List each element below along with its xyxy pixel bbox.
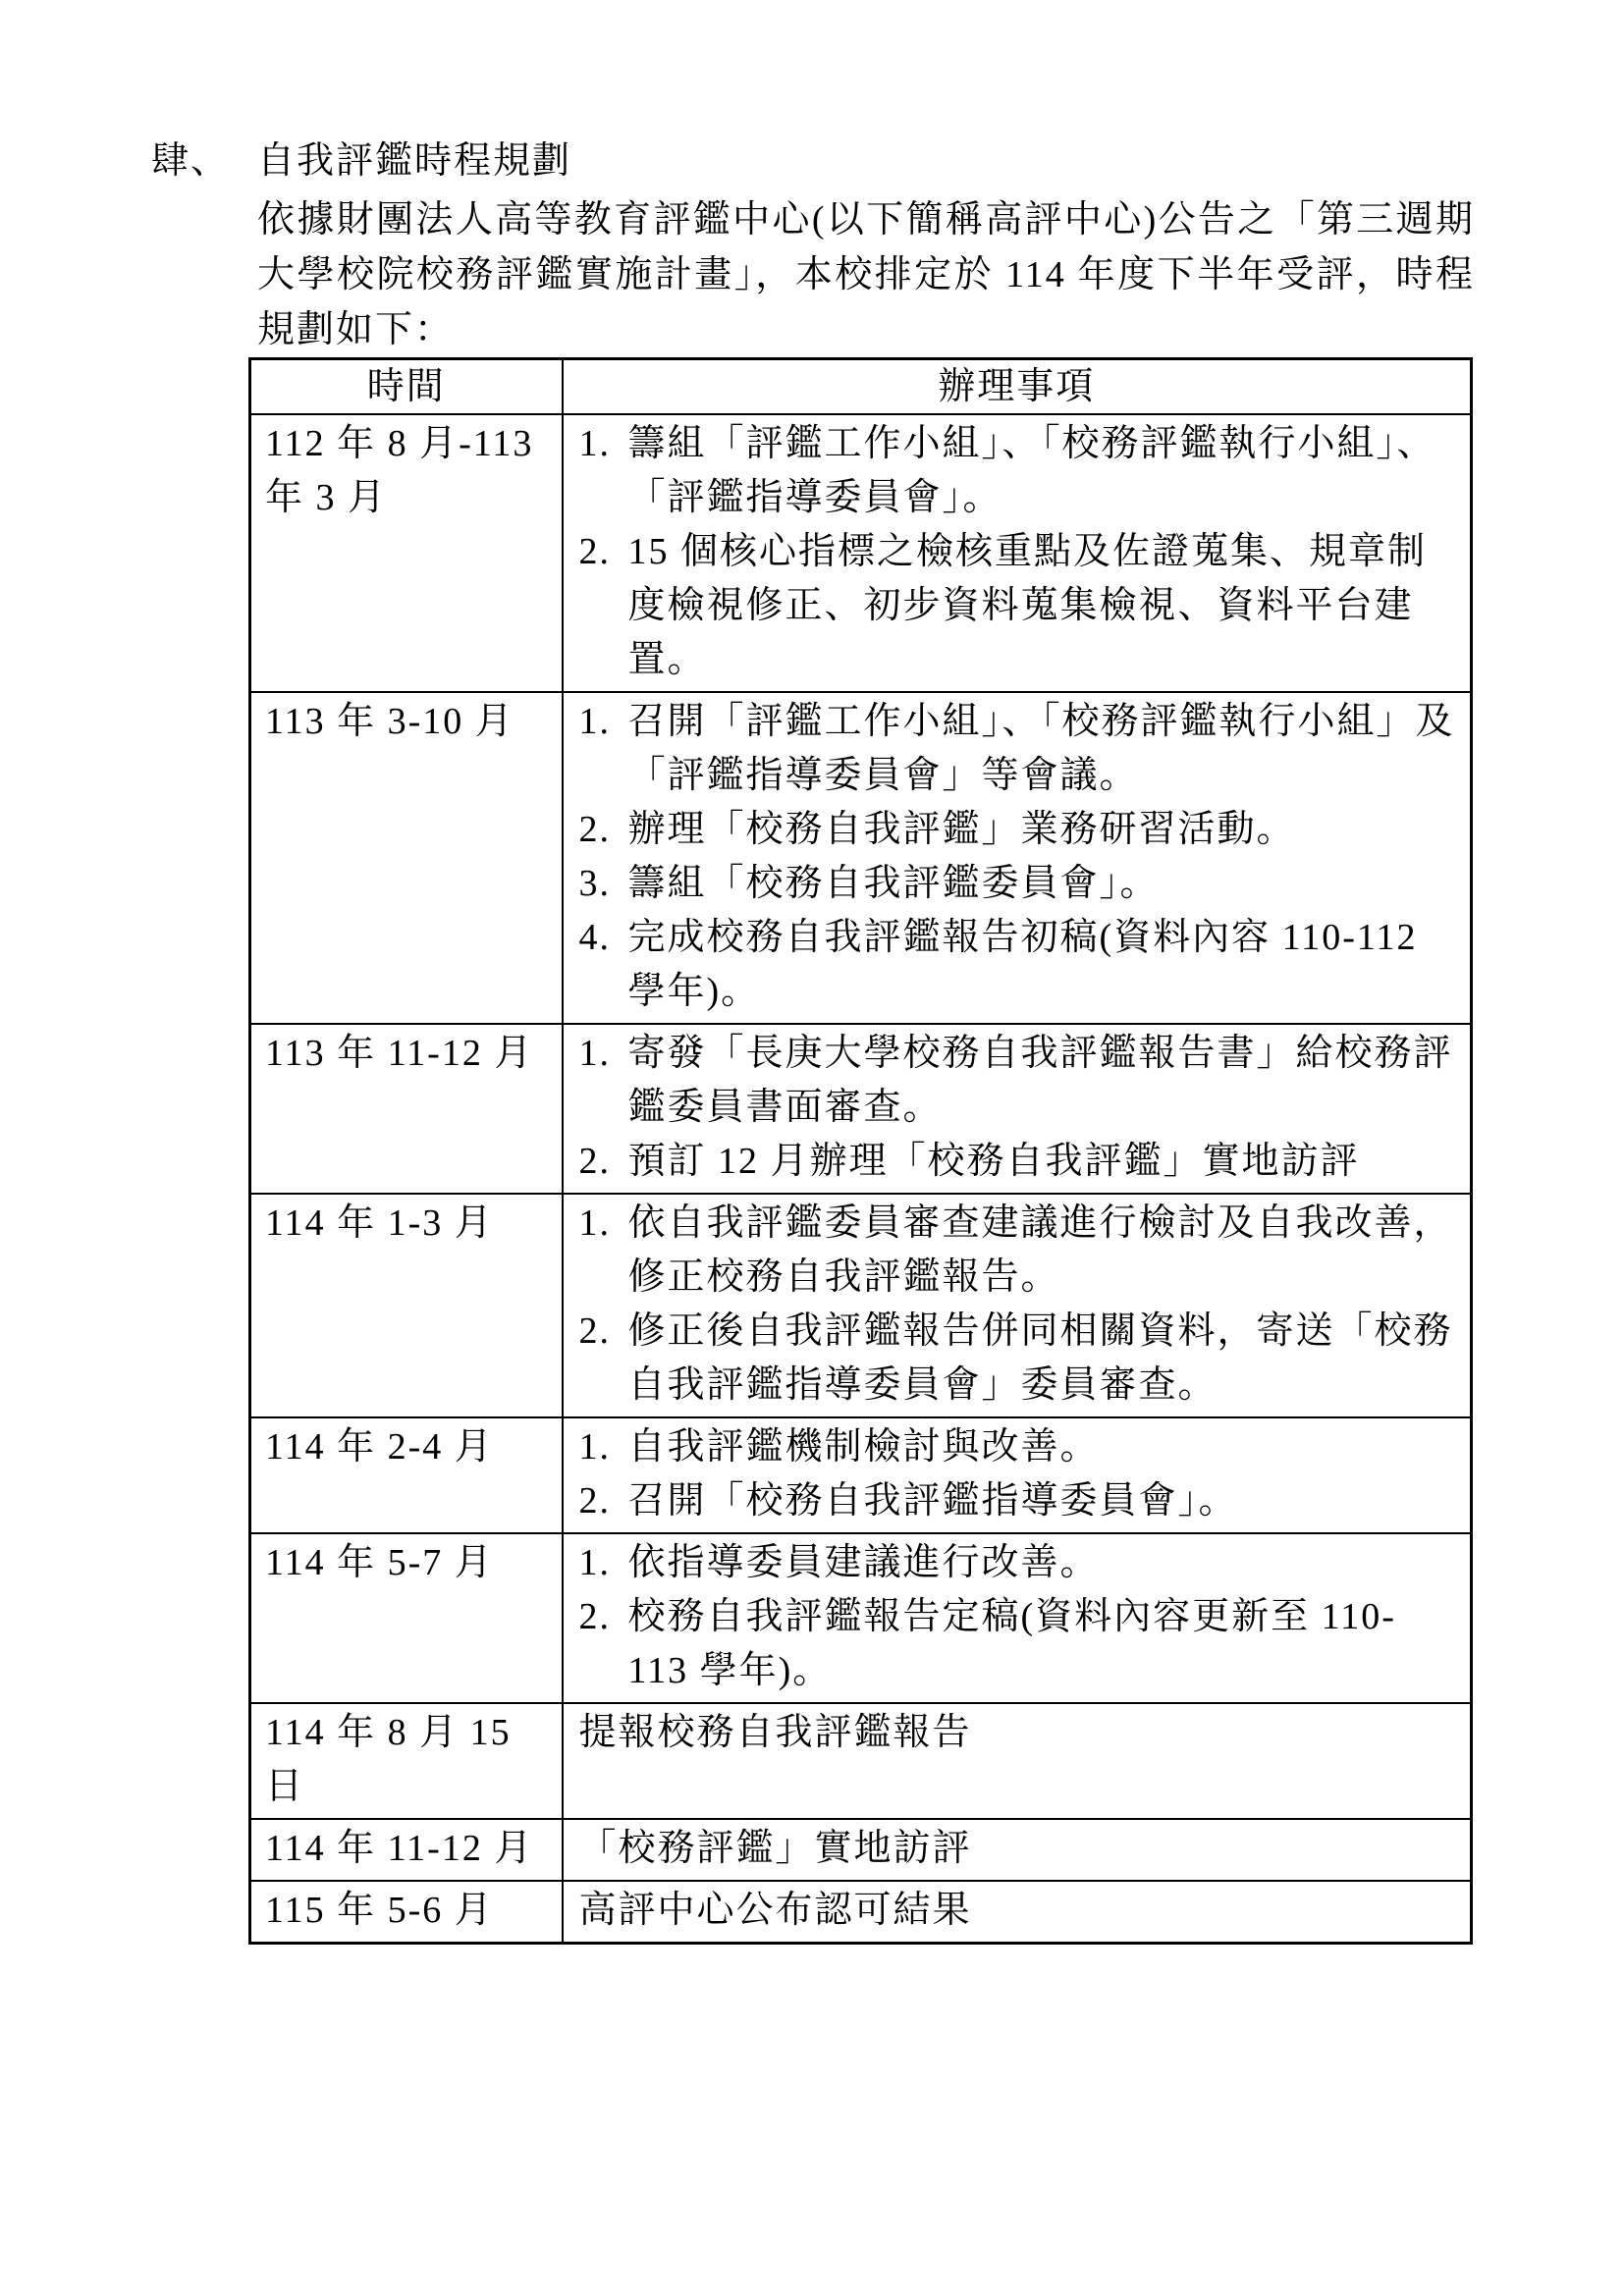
section-heading: 肆、自我評鑑時程規劃 <box>151 133 1475 188</box>
column-header-time: 時間 <box>250 359 563 415</box>
task-item-text: 召開「評鑑工作小組」、「校務評鑑執行小組」及「評鑑指導委員會」等會議。 <box>628 695 1457 803</box>
time-cell: 114 年 2-4 月 <box>250 1417 563 1533</box>
table-row: 115 年 5-6 月高評中心公布認可結果 <box>250 1881 1472 1944</box>
task-item: 3.籌組「校務自我評鑑委員會」。 <box>579 857 1457 911</box>
task-cell: 1.召開「評鑑工作小組」、「校務評鑑執行小組」及「評鑑指導委員會」等會議。2.辦… <box>563 692 1472 1024</box>
task-item: 4.完成校務自我評鑑報告初稿(資料內容 110-112 學年)。 <box>579 911 1457 1019</box>
task-item: 2.辦理「校務自我評鑑」業務研習活動。 <box>579 803 1457 857</box>
table-row: 114 年 2-4 月1.自我評鑑機制檢討與改善。2.召開「校務自我評鑑指導委員… <box>250 1417 1472 1533</box>
task-item-text: 「校務評鑑」實地訪評 <box>579 1822 1457 1876</box>
intro-paragraph: 依據財團法人高等教育評鑑中心(以下簡稱高評中心)公告之「第三週期大學校院校務評鑑… <box>257 192 1475 357</box>
time-cell: 114 年 8 月 15 日 <box>250 1703 563 1819</box>
task-item-number: 3. <box>579 857 628 911</box>
task-item: 2.預訂 12 月辦理「校務自我評鑑」實地訪評 <box>579 1135 1457 1189</box>
task-item-text: 依指導委員建議進行改善。 <box>628 1536 1457 1590</box>
task-item-text: 寄發「長庚大學校務自我評鑑報告書」給校務評鑑委員書面審查。 <box>628 1027 1457 1135</box>
task-item-text: 籌組「校務自我評鑑委員會」。 <box>628 857 1457 911</box>
task-item-number: 2. <box>579 1135 628 1189</box>
task-item-number: 2. <box>579 1305 628 1359</box>
section-title: 自我評鑑時程規劃 <box>257 140 571 182</box>
task-item-number: 1. <box>579 1197 628 1251</box>
column-header-tasks: 辦理事項 <box>563 359 1472 415</box>
schedule-table-body: 112 年 8 月-113 年 3 月1.籌組「評鑑工作小組」、「校務評鑑執行小… <box>250 414 1472 1944</box>
task-cell: 1.依自我評鑑委員審查建議進行檢討及自我改善，修正校務自我評鑑報告。2.修正後自… <box>563 1194 1472 1417</box>
task-item-text: 依自我評鑑委員審查建議進行檢討及自我改善，修正校務自我評鑑報告。 <box>628 1197 1457 1305</box>
task-item: 「校務評鑑」實地訪評 <box>579 1822 1457 1876</box>
time-cell: 115 年 5-6 月 <box>250 1881 563 1944</box>
task-item-text: 召開「校務自我評鑑指導委員會」。 <box>628 1474 1457 1528</box>
time-cell: 112 年 8 月-113 年 3 月 <box>250 414 563 692</box>
task-item-number: 1. <box>579 695 628 749</box>
task-item-number: 4. <box>579 911 628 965</box>
table-row: 114 年 1-3 月1.依自我評鑑委員審查建議進行檢討及自我改善，修正校務自我… <box>250 1194 1472 1417</box>
time-cell: 114 年 1-3 月 <box>250 1194 563 1417</box>
task-cell: 1.依指導委員建議進行改善。2.校務自我評鑑報告定稿(資料內容更新至 110-1… <box>563 1533 1472 1703</box>
section-number: 肆、 <box>151 133 257 188</box>
task-item-number: 1. <box>579 1536 628 1590</box>
table-row: 114 年 11-12 月「校務評鑑」實地訪評 <box>250 1819 1472 1881</box>
task-item-text: 完成校務自我評鑑報告初稿(資料內容 110-112 學年)。 <box>628 911 1457 1019</box>
task-item: 2.校務自我評鑑報告定稿(資料內容更新至 110-113 學年)。 <box>579 1590 1457 1698</box>
task-item-number: 1. <box>579 1027 628 1081</box>
task-item: 1.寄發「長庚大學校務自我評鑑報告書」給校務評鑑委員書面審查。 <box>579 1027 1457 1135</box>
task-item-text: 提報校務自我評鑑報告 <box>579 1706 1457 1760</box>
task-item: 1.依自我評鑑委員審查建議進行檢討及自我改善，修正校務自我評鑑報告。 <box>579 1197 1457 1305</box>
task-item-text: 修正後自我評鑑報告併同相關資料，寄送「校務自我評鑑指導委員會」委員審查。 <box>628 1305 1457 1413</box>
task-item: 1.依指導委員建議進行改善。 <box>579 1536 1457 1590</box>
task-cell: 1.自我評鑑機制檢討與改善。2.召開「校務自我評鑑指導委員會」。 <box>563 1417 1472 1533</box>
task-item: 提報校務自我評鑑報告 <box>579 1706 1457 1760</box>
table-row: 113 年 3-10 月1.召開「評鑑工作小組」、「校務評鑑執行小組」及「評鑑指… <box>250 692 1472 1024</box>
task-item-text: 高評中心公布認可結果 <box>579 1884 1457 1938</box>
time-cell: 114 年 11-12 月 <box>250 1819 563 1881</box>
time-cell: 114 年 5-7 月 <box>250 1533 563 1703</box>
task-item-number: 2. <box>579 1590 628 1644</box>
task-item-text: 校務自我評鑑報告定稿(資料內容更新至 110-113 學年)。 <box>628 1590 1457 1698</box>
task-item: 2.修正後自我評鑑報告併同相關資料，寄送「校務自我評鑑指導委員會」委員審查。 <box>579 1305 1457 1413</box>
task-item-number: 2. <box>579 1474 628 1528</box>
task-item: 高評中心公布認可結果 <box>579 1884 1457 1938</box>
table-row: 113 年 11-12 月1.寄發「長庚大學校務自我評鑑報告書」給校務評鑑委員書… <box>250 1024 1472 1194</box>
table-row: 112 年 8 月-113 年 3 月1.籌組「評鑑工作小組」、「校務評鑑執行小… <box>250 414 1472 692</box>
task-cell: 提報校務自我評鑑報告 <box>563 1703 1472 1819</box>
task-cell: 1.籌組「評鑑工作小組」、「校務評鑑執行小組」、「評鑑指導委員會」。2.15 個… <box>563 414 1472 692</box>
table-row: 114 年 5-7 月1.依指導委員建議進行改善。2.校務自我評鑑報告定稿(資料… <box>250 1533 1472 1703</box>
task-item: 2.召開「校務自我評鑑指導委員會」。 <box>579 1474 1457 1528</box>
task-item-number: 1. <box>579 1420 628 1474</box>
task-item-number: 2. <box>579 803 628 857</box>
task-cell: 高評中心公布認可結果 <box>563 1881 1472 1944</box>
task-item-text: 籌組「評鑑工作小組」、「校務評鑑執行小組」、「評鑑指導委員會」。 <box>628 417 1457 525</box>
task-item-number: 2. <box>579 525 628 579</box>
task-cell: 「校務評鑑」實地訪評 <box>563 1819 1472 1881</box>
table-header-row: 時間 辦理事項 <box>250 359 1472 415</box>
task-item-text: 預訂 12 月辦理「校務自我評鑑」實地訪評 <box>628 1135 1457 1189</box>
document-page: 肆、自我評鑑時程規劃 依據財團法人高等教育評鑑中心(以下簡稱高評中心)公告之「第… <box>0 0 1624 2296</box>
task-item: 1.召開「評鑑工作小組」、「校務評鑑執行小組」及「評鑑指導委員會」等會議。 <box>579 695 1457 803</box>
task-item: 2.15 個核心指標之檢核重點及佐證蒐集、規章制度檢視修正、初步資料蒐集檢視、資… <box>579 525 1457 687</box>
task-item-text: 辦理「校務自我評鑑」業務研習活動。 <box>628 803 1457 857</box>
schedule-table: 時間 辦理事項 112 年 8 月-113 年 3 月1.籌組「評鑑工作小組」、… <box>248 357 1473 1945</box>
task-item-text: 自我評鑑機制檢討與改善。 <box>628 1420 1457 1474</box>
task-item-text: 15 個核心指標之檢核重點及佐證蒐集、規章制度檢視修正、初步資料蒐集檢視、資料平… <box>628 525 1457 687</box>
time-cell: 113 年 3-10 月 <box>250 692 563 1024</box>
table-row: 114 年 8 月 15 日提報校務自我評鑑報告 <box>250 1703 1472 1819</box>
task-item-number: 1. <box>579 417 628 471</box>
task-cell: 1.寄發「長庚大學校務自我評鑑報告書」給校務評鑑委員書面審查。2.預訂 12 月… <box>563 1024 1472 1194</box>
time-cell: 113 年 11-12 月 <box>250 1024 563 1194</box>
task-item: 1.籌組「評鑑工作小組」、「校務評鑑執行小組」、「評鑑指導委員會」。 <box>579 417 1457 525</box>
task-item: 1.自我評鑑機制檢討與改善。 <box>579 1420 1457 1474</box>
